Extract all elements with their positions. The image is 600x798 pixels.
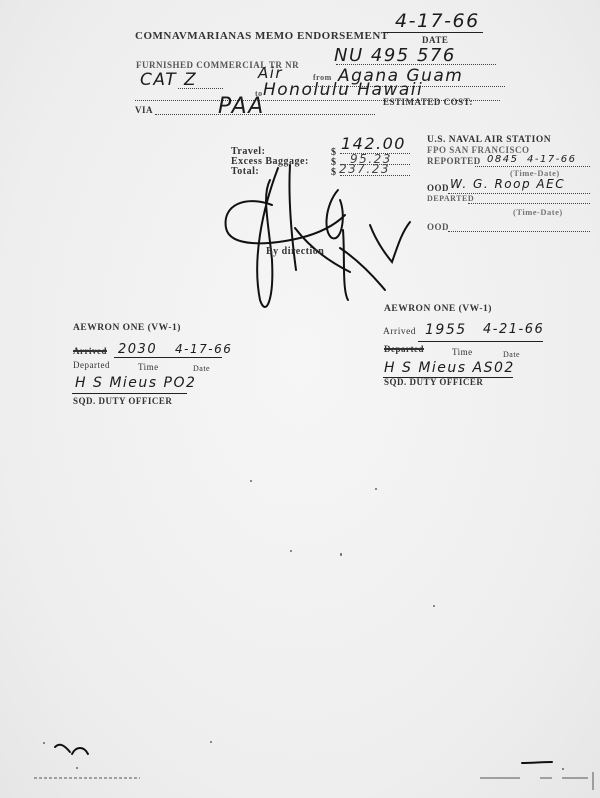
speck xyxy=(250,480,252,482)
speck xyxy=(340,554,342,556)
speck xyxy=(433,605,435,607)
memo-endorsement-page: COMNAVMARIANAS MEMO ENDORSEMENT 4-17-66 … xyxy=(0,0,600,798)
speck xyxy=(76,767,78,769)
speck xyxy=(210,741,212,743)
speck xyxy=(562,768,564,770)
scan-marks xyxy=(0,0,600,798)
speck xyxy=(43,742,45,744)
speck xyxy=(290,550,292,552)
speck xyxy=(375,488,377,490)
